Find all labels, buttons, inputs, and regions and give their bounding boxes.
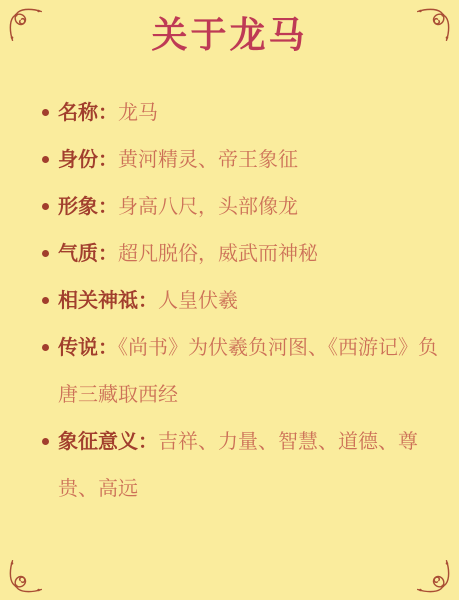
document-page: 关于龙马 名称：龙马 身份：黄河精灵、帝王象征 形象：身高八尺，头部像龙 气质：… [0, 0, 459, 600]
info-list: 名称：龙马 身份：黄河精灵、帝王象征 形象：身高八尺，头部像龙 气质：超凡脱俗，… [42, 89, 446, 512]
bullet-dot-icon [42, 438, 49, 445]
bullet-dot-icon [42, 250, 49, 257]
item-label: 传说： [58, 335, 118, 359]
list-item: 名称：龙马 [42, 89, 446, 136]
corner-flourish-icon [8, 558, 44, 594]
corner-flourish-icon [8, 7, 44, 43]
corner-flourish-icon [415, 558, 451, 594]
list-item: 象征意义：吉祥、力量、智慧、道德、尊贵、高远 [42, 418, 446, 512]
item-value: 超凡脱俗，威武而神秘 [118, 241, 318, 265]
item-label: 气质： [58, 241, 118, 265]
item-label: 身份： [58, 147, 118, 171]
bullet-dot-icon [42, 344, 49, 351]
bullet-dot-icon [42, 297, 49, 304]
item-label: 形象： [58, 194, 118, 218]
list-item: 相关神祗：人皇伏羲 [42, 277, 446, 324]
list-item: 形象：身高八尺，头部像龙 [42, 183, 446, 230]
item-value: 黄河精灵、帝王象征 [118, 147, 298, 171]
list-item: 气质：超凡脱俗，威武而神秘 [42, 230, 446, 277]
list-item: 身份：黄河精灵、帝王象征 [42, 136, 446, 183]
item-label: 象征意义： [58, 429, 158, 453]
bullet-dot-icon [42, 109, 49, 116]
item-value: 龙马 [118, 100, 158, 124]
corner-flourish-icon [415, 7, 451, 43]
item-value: 身高八尺，头部像龙 [118, 194, 298, 218]
bullet-dot-icon [42, 203, 49, 210]
item-label: 名称： [58, 100, 118, 124]
item-label: 相关神祗： [58, 288, 158, 312]
list-item: 传说：《尚书》为伏羲负河图、《西游记》负唐三藏取西经 [42, 324, 446, 418]
page-title: 关于龙马 [0, 14, 459, 58]
item-value: 人皇伏羲 [158, 288, 238, 312]
bullet-dot-icon [42, 156, 49, 163]
